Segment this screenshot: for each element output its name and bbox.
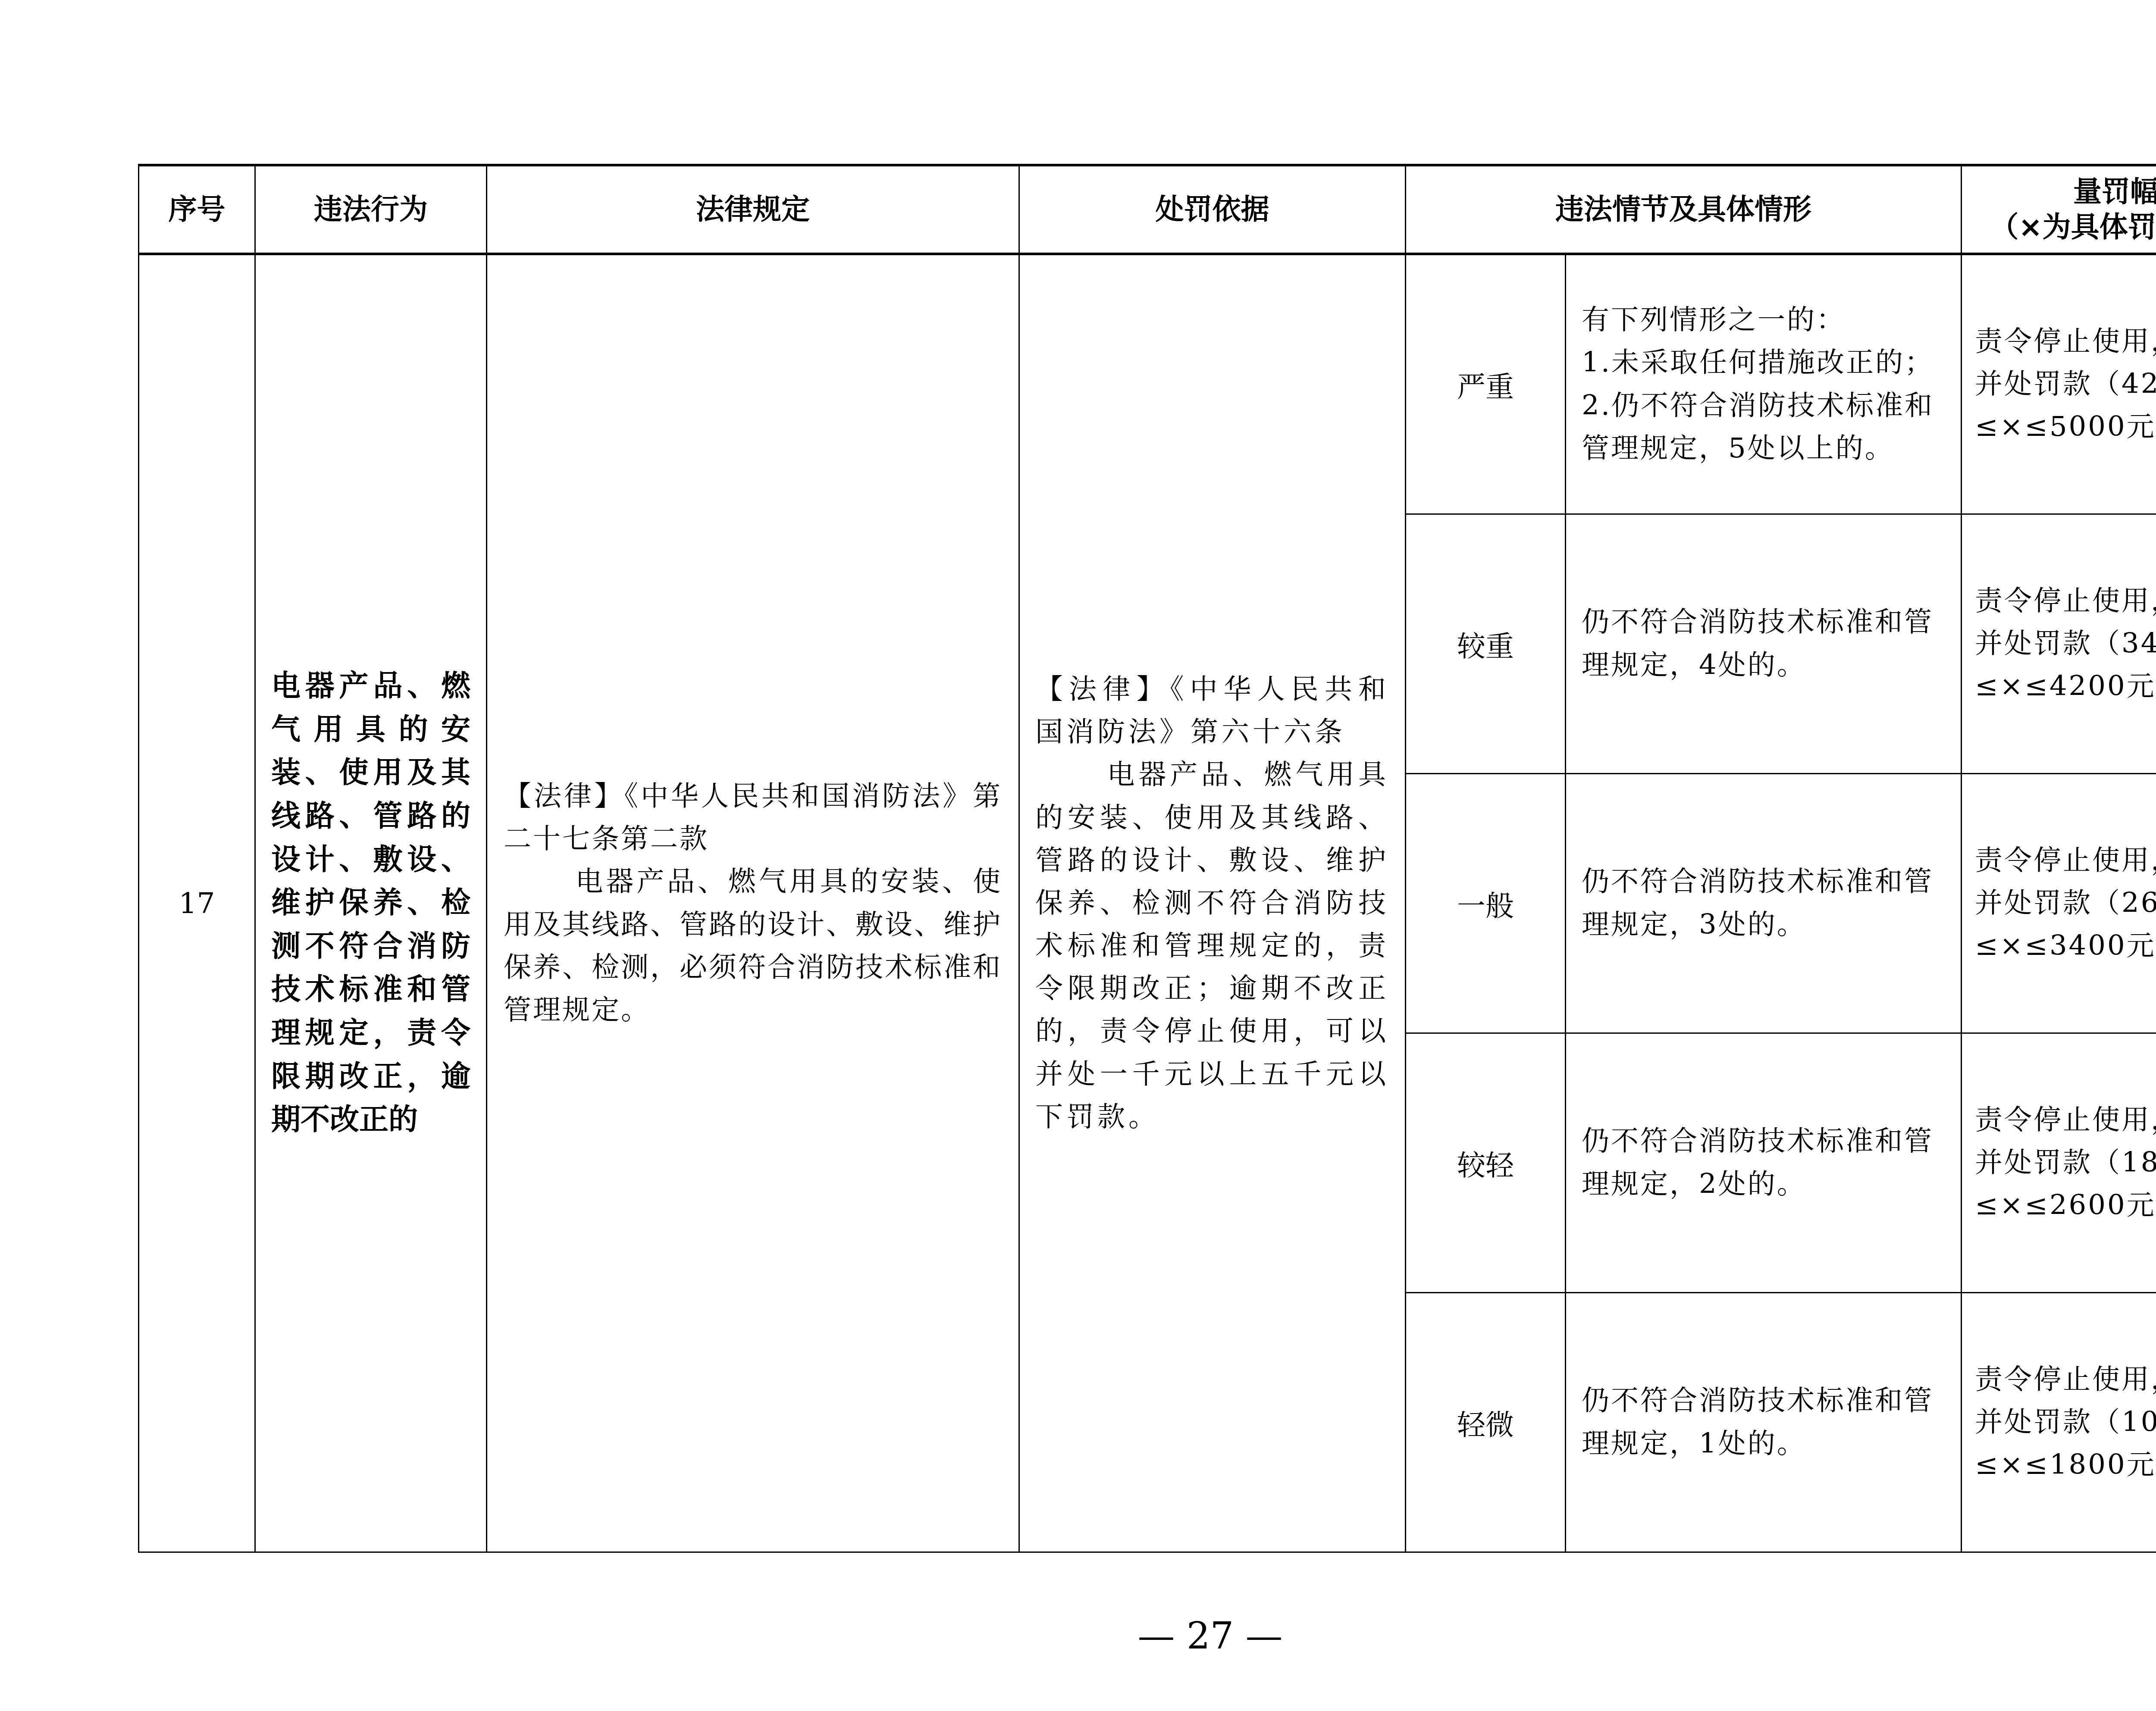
page-number: — 27 — [0, 1614, 2156, 1658]
fine-line: 并处罚款（4200元≤×≤5000元） [1975, 363, 2156, 448]
level-fine: 责令停止使用，可以 并处罚款（2600元≤×≤3400元） [1962, 774, 2156, 1033]
basis-body: 电器产品、燃气用具的安装、使用及其线路、管路的设计、敷设、维护保养、检测不符合消… [1035, 754, 1389, 1139]
level-circumstance: 仍不符合消防技术标准和管理规定，1处的。 [1566, 1293, 1962, 1552]
circumstance-line: 1.未采取任何措施改正的； [1582, 341, 1945, 384]
row-basis: 【法律】《中华人民共和国消防法》第六十六条 电器产品、燃气用具的安装、使用及其线… [1019, 254, 1406, 1552]
penalty-table: 序号 违法行为 法律规定 处罚依据 违法情节及具体情形 量罚幅度 （×为具体罚款… [138, 164, 2156, 1553]
header-basis: 处罚依据 [1019, 165, 1406, 254]
level-circumstance: 仍不符合消防技术标准和管理规定，4处的。 [1566, 514, 1962, 774]
fine-line: 责令停止使用，可以 [1975, 839, 2156, 882]
fine-line: 责令停止使用，可以 [1975, 1358, 2156, 1401]
circumstance-line: 仍不符合消防技术标准和管理规定，3处的。 [1582, 860, 1945, 946]
header-behavior: 违法行为 [255, 165, 487, 254]
level-label: 轻微 [1406, 1293, 1566, 1552]
header-law: 法律规定 [487, 165, 1019, 254]
level-label: 较轻 [1406, 1033, 1566, 1293]
level-label: 严重 [1406, 254, 1566, 514]
circumstance-line: 仍不符合消防技术标准和管理规定，2处的。 [1582, 1120, 1945, 1205]
header-fine-title: 量罚幅度 [1962, 174, 2156, 210]
table-row: 17 电器产品、燃气用具的安装、使用及其线路、管路的设计、敷设、维护保养、检测不… [139, 254, 2156, 514]
table-header-row: 序号 违法行为 法律规定 处罚依据 违法情节及具体情形 量罚幅度 （×为具体罚款… [139, 165, 2156, 254]
circumstance-line: 有下列情形之一的： [1582, 299, 1945, 341]
fine-line: 并处罚款（1800元≤×≤2600元） [1975, 1142, 2156, 1227]
circumstance-line: 仍不符合消防技术标准和管理规定，4处的。 [1582, 601, 1945, 686]
law-body: 电器产品、燃气用具的安装、使用及其线路、管路的设计、敷设、维护保养、检测，必须符… [504, 860, 1002, 1032]
circumstance-line: 仍不符合消防技术标准和管理规定，1处的。 [1582, 1379, 1945, 1465]
circumstance-line: 2.仍不符合消防技术标准和管理规定，5处以上的。 [1582, 385, 1945, 470]
row-seq: 17 [139, 254, 255, 1552]
fine-line: 并处罚款（1000元≤×≤1800元） [1975, 1401, 2156, 1486]
level-fine: 责令停止使用，可以 并处罚款（1800元≤×≤2600元） [1962, 1033, 2156, 1293]
law-title: 【法律】《中华人民共和国消防法》第二十七条第二款 [504, 780, 1002, 855]
header-fine-subtitle: （×为具体罚款金额） [1962, 210, 2156, 245]
header-seq: 序号 [139, 165, 255, 254]
row-behavior: 电器产品、燃气用具的安装、使用及其线路、管路的设计、敷设、维护保养、检测不符合消… [255, 254, 487, 1552]
fine-line: 责令停止使用，可以 [1975, 1099, 2156, 1142]
fine-line: 责令停止使用，可以 [1975, 580, 2156, 622]
level-fine: 责令停止使用，可以 并处罚款（1000元≤×≤1800元） [1962, 1293, 2156, 1552]
header-fine: 量罚幅度 （×为具体罚款金额） [1962, 165, 2156, 254]
level-label: 一般 [1406, 774, 1566, 1033]
level-circumstance: 有下列情形之一的： 1.未采取任何措施改正的； 2.仍不符合消防技术标准和管理规… [1566, 254, 1962, 514]
level-fine: 责令停止使用，可以 并处罚款（3400元≤×≤4200元） [1962, 514, 2156, 774]
level-circumstance: 仍不符合消防技术标准和管理规定，3处的。 [1566, 774, 1962, 1033]
header-circumstance: 违法情节及具体情形 [1406, 165, 1962, 254]
level-label: 较重 [1406, 514, 1566, 774]
level-fine: 责令停止使用，可以 并处罚款（4200元≤×≤5000元） [1962, 254, 2156, 514]
fine-line: 并处罚款（2600元≤×≤3400元） [1975, 882, 2156, 967]
level-circumstance: 仍不符合消防技术标准和管理规定，2处的。 [1566, 1033, 1962, 1293]
row-law: 【法律】《中华人民共和国消防法》第二十七条第二款 电器产品、燃气用具的安装、使用… [487, 254, 1019, 1552]
fine-line: 责令停止使用，可以 [1975, 320, 2156, 363]
basis-title: 【法律】《中华人民共和国消防法》第六十六条 [1035, 673, 1389, 748]
fine-line: 并处罚款（3400元≤×≤4200元） [1975, 622, 2156, 708]
